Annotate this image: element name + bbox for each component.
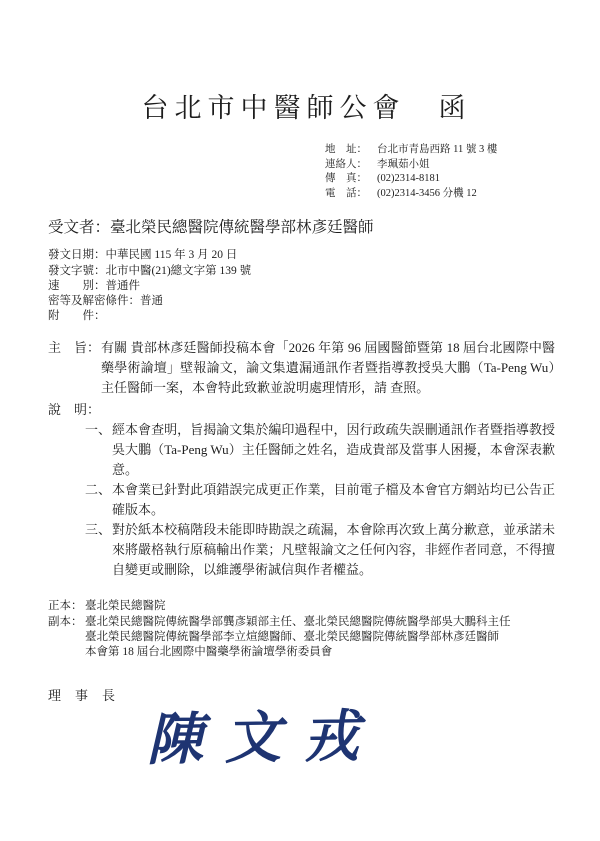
phone-label: 電 話： (325, 187, 377, 202)
explanation-item-2-text: 本會業已針對此項錯誤完成更正作業，目前電子檔及本會官方網站均已公告正確版本。 (112, 480, 555, 520)
doc-number-value: 北市中醫(21)總文字第 139 號 (106, 264, 252, 279)
cc-row: 副本： 臺北榮民總醫院傳統醫學部龔彥穎部主任、臺北榮民總醫院傳統醫學部吳大鵬科主… (48, 615, 555, 661)
phone-row: 電 話： (02)2314-3456 分機 12 (325, 187, 555, 202)
explanation-item-2: 二、 本會業已針對此項錯誤完成更正作業，目前電子檔及本會官方網站均已公告正確版本… (85, 480, 555, 520)
subject-section: 主 旨： 有關 貴部林彥廷醫師投稿本會「2026 年第 96 屆國醫節暨第 18… (48, 338, 555, 398)
explanation-item-1-text: 經本會查明，旨揭論文集於編印過程中，因行政疏失誤刪通訊作者暨指導教授吳大鵬（Ta… (112, 420, 555, 480)
distribution-block: 正本： 臺北榮民總醫院 副本： 臺北榮民總醫院傳統醫學部龔彥穎部主任、臺北榮民總… (48, 599, 555, 660)
contact-value: 李珮茹小姐 (377, 158, 430, 173)
subject-label: 主 旨： (48, 338, 101, 398)
subject-text: 有關 貴部林彥廷醫師投稿本會「2026 年第 96 屆國醫節暨第 18 屆台北國… (101, 338, 555, 398)
issue-date-row: 發文日期： 中華民國 115 年 3 月 20 日 (48, 248, 555, 263)
classification-value: 普通 (140, 294, 163, 309)
issue-date-label: 發文日期： (48, 248, 106, 263)
original-copy-label: 正本： (48, 599, 85, 614)
priority-label: 速 別： (48, 279, 106, 294)
explanation-item-3: 三、 對於紙本校稿階段未能即時勘誤之疏漏，本會除再次致上萬分歉意，並承諾未來將嚴… (85, 520, 555, 580)
address-row: 地 址： 台北市青島西路 11 號 3 樓 (325, 143, 555, 158)
phone-value: (02)2314-3456 分機 12 (377, 187, 477, 202)
classification-row: 密等及解密條件： 普通 (48, 294, 555, 309)
explanation-item-1-number: 一、 (85, 420, 112, 480)
priority-row: 速 別： 普通件 (48, 279, 555, 294)
meta-block: 發文日期： 中華民國 115 年 3 月 20 日 發文字號： 北市中醫(21)… (48, 248, 555, 324)
recipient-line: 受文者： 臺北榮民總醫院傳統醫學部林彥廷醫師 (48, 215, 555, 237)
cc-line-1: 臺北榮民總醫院傳統醫學部龔彥穎部主任、臺北榮民總醫院傳統醫學部吳大鵬科主任 (85, 615, 511, 630)
chairman-signature: 陳文戎 (146, 689, 556, 776)
doc-number-label: 發文字號： (48, 264, 106, 279)
doc-number-row: 發文字號： 北市中醫(21)總文字第 139 號 (48, 264, 555, 279)
attachment-label: 附 件： (48, 309, 106, 324)
document-title: 台北市中醫師公會 函 (58, 86, 555, 125)
explanation-item-2-number: 二、 (85, 480, 112, 520)
cc-lines: 臺北榮民總醫院傳統醫學部龔彥穎部主任、臺北榮民總醫院傳統醫學部吳大鵬科主任 臺北… (85, 615, 511, 661)
contact-label: 連絡人： (325, 158, 377, 173)
official-letter-page: 台北市中醫師公會 函 地 址： 台北市青島西路 11 號 3 樓 連絡人： 李珮… (0, 0, 600, 841)
fax-row: 傳 真： (02)2314-8181 (325, 172, 555, 187)
priority-value: 普通件 (106, 279, 141, 294)
issue-date-value: 中華民國 115 年 3 月 20 日 (106, 248, 238, 263)
cc-line-2: 臺北榮民總醫院傳統醫學部李立煊總醫師、臺北榮民總醫院傳統醫學部林彥廷醫師 (85, 630, 511, 645)
address-value: 台北市青島西路 11 號 3 樓 (377, 143, 497, 158)
recipient-label: 受文者： (48, 215, 110, 237)
attachment-row: 附 件： (48, 309, 555, 324)
classification-label: 密等及解密條件： (48, 294, 140, 309)
fax-value: (02)2314-8181 (377, 172, 440, 187)
explanation-item-3-text: 對於紙本校稿階段未能即時勘誤之疏漏，本會除再次致上萬分歉意，並承諾未來將嚴格執行… (112, 520, 555, 580)
fax-label: 傳 真： (325, 172, 377, 187)
address-label: 地 址： (325, 143, 377, 158)
explanation-item-1: 一、 經本會查明，旨揭論文集於編印過程中，因行政疏失誤刪通訊作者暨指導教授吳大鵬… (85, 420, 555, 480)
sender-info-block: 地 址： 台北市青島西路 11 號 3 樓 連絡人： 李珮茹小姐 傳 真： (0… (325, 143, 555, 201)
cc-line-3: 本會第 18 屆台北國際中醫藥學術論壇學術委員會 (85, 645, 511, 660)
recipient-value: 臺北榮民總醫院傳統醫學部林彥廷醫師 (110, 215, 374, 237)
original-copy-row: 正本： 臺北榮民總醫院 (48, 599, 555, 614)
explanation-item-3-number: 三、 (85, 520, 112, 580)
explanation-label: 說 明： (48, 400, 555, 420)
cc-label: 副本： (48, 615, 85, 661)
contact-row: 連絡人： 李珮茹小姐 (325, 158, 555, 173)
original-copy-value: 臺北榮民總醫院 (85, 599, 166, 614)
